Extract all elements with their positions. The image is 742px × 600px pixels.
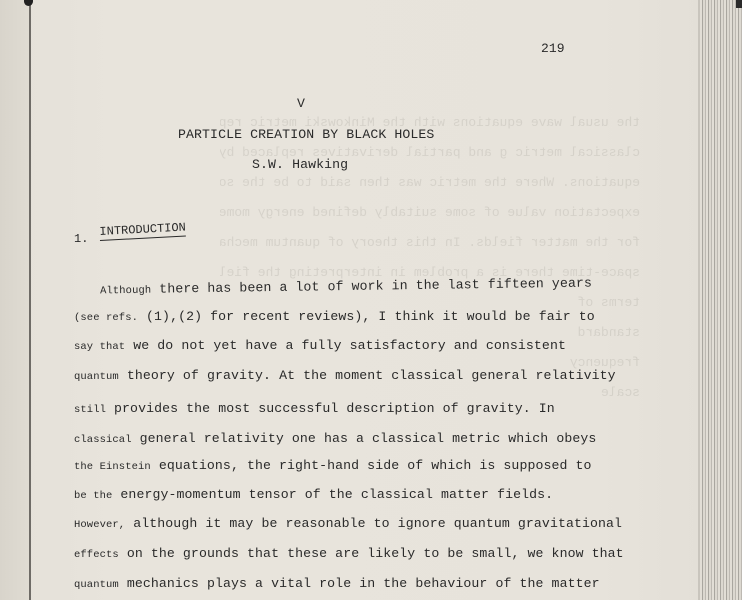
author-name: S.W. Hawking — [252, 157, 348, 172]
line-rest: on the grounds that these are likely to … — [119, 546, 624, 561]
line-lead: be the — [74, 490, 112, 502]
line-lead: say that — [74, 341, 125, 353]
book-gutter — [29, 0, 31, 600]
line-rest: we do not yet have a fully satisfactory … — [125, 338, 566, 353]
chapter-numeral: V — [297, 96, 305, 111]
body-line: quantum theory of gravity. At the moment… — [74, 368, 616, 383]
bleed-line: for the matter fields. In this theory of… — [220, 228, 640, 258]
page-number: 219 — [541, 41, 565, 56]
line-rest: theory of gravity. At the moment classic… — [119, 368, 616, 383]
line-rest: there has been a lot of work in the last… — [151, 276, 592, 297]
line-lead: However, — [74, 519, 125, 531]
body-line: classical general relativity one has a c… — [74, 431, 596, 446]
line-lead: quantum — [74, 371, 119, 383]
stack-corner — [736, 0, 742, 8]
bleed-line: equations. Where the metric was then sai… — [220, 168, 640, 198]
section-title: INTRODUCTION — [99, 220, 186, 241]
facing-page-edge — [0, 0, 30, 600]
body-line: effects on the grounds that these are li… — [74, 546, 624, 561]
line-lead: (see refs. — [74, 312, 138, 324]
body-line: (see refs. (1),(2) for recent reviews), … — [74, 309, 595, 324]
line-rest: mechanics plays a vital role in the beha… — [119, 576, 600, 591]
line-lead: classical — [74, 434, 132, 446]
bleed-through-text: the usual wave equations with the Minkow… — [220, 108, 640, 408]
chapter-title: PARTICLE CREATION BY BLACK HOLES — [178, 127, 434, 142]
line-rest: general relativity one has a classical m… — [132, 431, 597, 446]
body-line: the Einstein equations, the right-hand s… — [74, 458, 592, 473]
page-stack — [700, 0, 742, 600]
line-rest: although it may be reasonable to ignore … — [125, 516, 622, 531]
section-number: 1. — [74, 232, 89, 246]
book-page: the usual wave equations with the Minkow… — [0, 0, 742, 600]
line-lead: still — [74, 404, 106, 416]
line-rest: equations, the right-hand side of which … — [151, 458, 592, 473]
line-lead: quantum — [74, 579, 119, 591]
line-lead: effects — [74, 549, 119, 561]
body-line: still provides the most successful descr… — [74, 401, 555, 416]
line-rest: energy-momentum tensor of the classical … — [112, 487, 553, 502]
bleed-line: expectation value of some suitably defin… — [220, 198, 640, 228]
line-rest: (1),(2) for recent reviews), I think it … — [138, 309, 595, 324]
body-line: say that we do not yet have a fully sati… — [74, 338, 566, 353]
body-line: However, although it may be reasonable t… — [74, 516, 622, 531]
body-line: Although there has been a lot of work in… — [100, 276, 592, 298]
body-line: quantum mechanics plays a vital role in … — [74, 576, 600, 591]
body-line: be the energy-momentum tensor of the cla… — [74, 487, 553, 502]
binding-corner — [24, 0, 33, 6]
line-rest: provides the most successful description… — [106, 401, 555, 416]
line-lead: the Einstein — [74, 461, 151, 473]
line-lead: Although — [100, 285, 151, 298]
